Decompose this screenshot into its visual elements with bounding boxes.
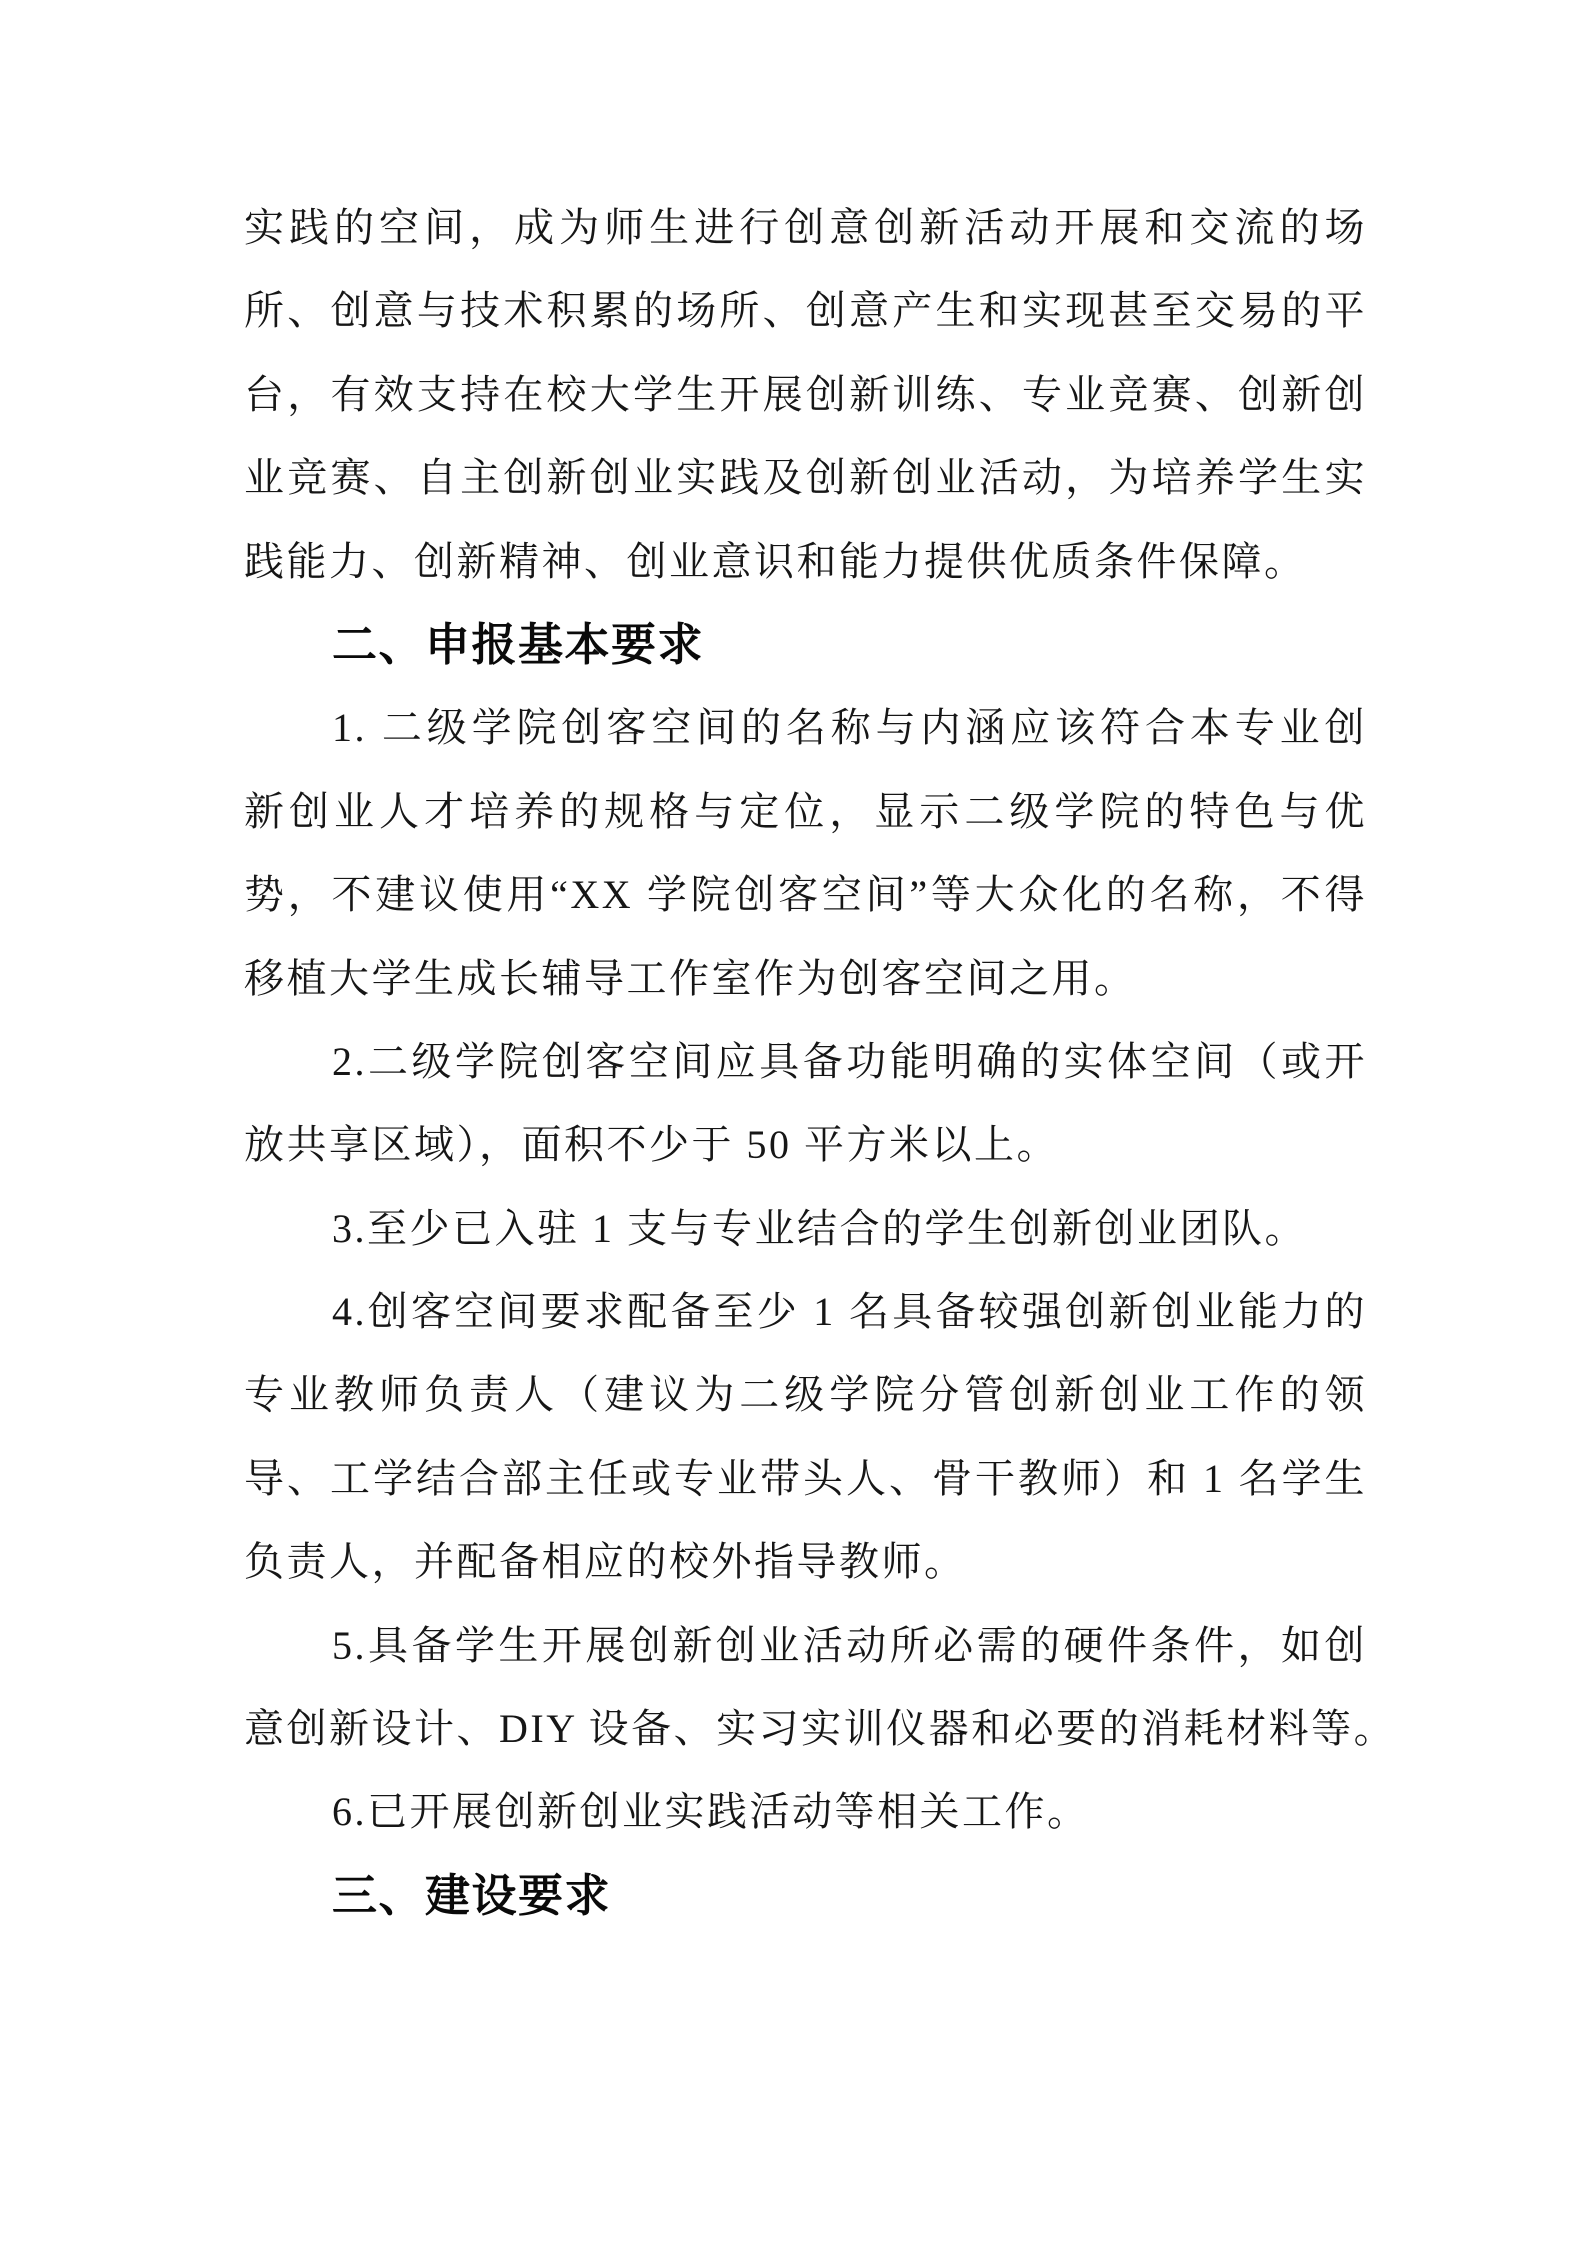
body-line: 实践的空间，成为师生进行创意创新活动开展和交流的场 — [244, 186, 1367, 269]
list-item-3-line: 3.至少已入驻 1 支与专业结合的学生创新创业团队。 — [244, 1187, 1367, 1270]
list-item-4-line: 导、工学结合部主任或专业带头人、骨干教师）和 1 名学生 — [244, 1437, 1367, 1520]
list-item-1-line: 新创业人才培养的规格与定位，显示二级学院的特色与优 — [244, 770, 1367, 853]
list-item-4-line: 专业教师负责人（建议为二级学院分管创新创业工作的领 — [244, 1353, 1367, 1436]
document-body: 实践的空间，成为师生进行创意创新活动开展和交流的场 所、创意与技术积累的场所、创… — [244, 186, 1367, 1937]
list-item-1-line: 势，不建议使用“XX 学院创客空间”等大众化的名称，不得 — [244, 853, 1367, 936]
list-item-5-line: 意创新设计、DIY 设备、实习实训仪器和必要的消耗材料等。 — [244, 1687, 1367, 1770]
body-line: 所、创意与技术积累的场所、创意产生和实现甚至交易的平 — [244, 269, 1367, 352]
list-item-1-line: 移植大学生成长辅导工作室作为创客空间之用。 — [244, 937, 1367, 1020]
list-item-5-line: 5.具备学生开展创新创业活动所必需的硬件条件，如创 — [244, 1604, 1367, 1687]
list-item-2-line: 2.二级学院创客空间应具备功能明确的实体空间（或开 — [244, 1020, 1367, 1103]
list-item-1-line: 1. 二级学院创客空间的名称与内涵应该符合本专业创 — [244, 686, 1367, 769]
body-line: 践能力、创新精神、创业意识和能力提供优质条件保障。 — [244, 520, 1367, 603]
list-item-4-line: 4.创客空间要求配备至少 1 名具备较强创新创业能力的 — [244, 1270, 1367, 1353]
list-item-4-line: 负责人，并配备相应的校外指导教师。 — [244, 1520, 1367, 1603]
body-line: 台，有效支持在校大学生开展创新训练、专业竞赛、创新创 — [244, 353, 1367, 436]
section-heading-application-requirements: 二、申报基本要求 — [244, 603, 1367, 686]
list-item-2-line: 放共享区域），面积不少于 50 平方米以上。 — [244, 1103, 1367, 1186]
document-page: 实践的空间，成为师生进行创意创新活动开展和交流的场 所、创意与技术积累的场所、创… — [0, 0, 1587, 2245]
list-item-6-line: 6.已开展创新创业实践活动等相关工作。 — [244, 1770, 1367, 1853]
body-line: 业竞赛、自主创新创业实践及创新创业活动，为培养学生实 — [244, 436, 1367, 519]
section-heading-construction-requirements: 三、建设要求 — [244, 1854, 1367, 1937]
